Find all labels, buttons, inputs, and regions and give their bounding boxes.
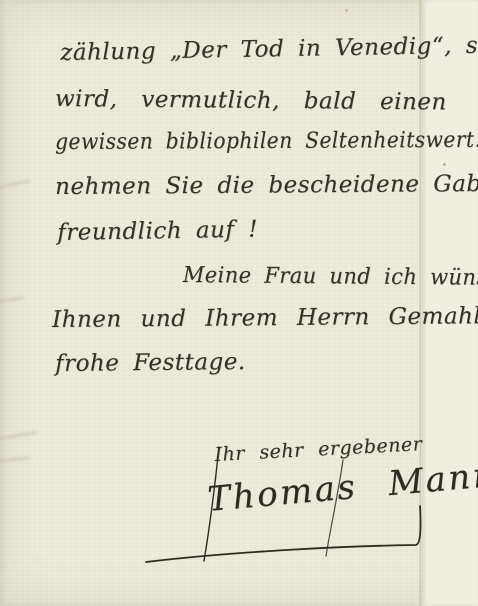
showthrough-mark [0, 296, 24, 303]
letter-scan-page: zählung „Der Tod in Venedig“, sie wird, … [0, 0, 478, 606]
showthrough-mark [0, 456, 30, 463]
letter-line-8: frohe Festtage. [55, 349, 246, 377]
paper-speck [443, 163, 446, 166]
letter-line-4: nehmen Sie die bescheidene Gabe [55, 171, 478, 200]
showthrough-mark [0, 431, 38, 441]
letter-closing: Ihr sehr ergebener [214, 433, 423, 466]
letter-line-7: Ihnen und Ihrem Herrn Gemahl [52, 303, 478, 333]
letter-line-2: wird, vermutlich, bald einen [55, 86, 447, 115]
letter-line-1: zählung „Der Tod in Venedig“, sie [60, 32, 478, 66]
letter-line-6: Meine Frau und ich wünschen [183, 263, 478, 291]
paper-speck [345, 9, 348, 12]
showthrough-mark [0, 179, 30, 189]
letter-line-5: freundlich auf ! [57, 216, 258, 246]
letter-line-3: gewissen bibliophilen Seltenheitswert. [55, 128, 478, 155]
